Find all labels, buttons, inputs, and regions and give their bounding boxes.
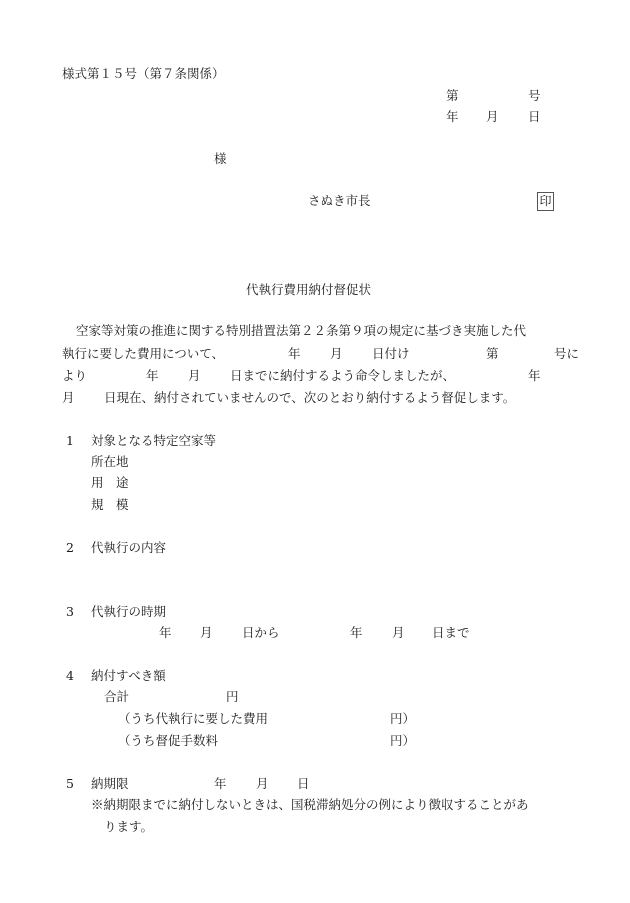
total-unit: 円 bbox=[226, 691, 239, 704]
breakdown-cost-label: （うち代執行に要した費用 bbox=[118, 713, 268, 726]
date-year: 年 bbox=[446, 111, 459, 124]
addressee-honorific: 様 bbox=[214, 153, 227, 166]
breakdown-fee-label: （うち督促手数料 bbox=[118, 735, 218, 748]
section-5-number: 5 bbox=[66, 778, 74, 791]
total-label: 合計 bbox=[104, 691, 129, 704]
note-line-1: ※納期限までに納付しないときは、国税滞納処分の例により徴収することがあ bbox=[91, 799, 529, 812]
section-1-location: 所在地 bbox=[91, 456, 129, 469]
body-line-3-year2: 年 bbox=[528, 370, 541, 383]
period-end-day: 日まで bbox=[432, 627, 470, 640]
issuer-title: さぬき市長 bbox=[308, 195, 371, 208]
period-start-day: 日から bbox=[242, 627, 280, 640]
body-line-2-no: 第 bbox=[486, 348, 499, 361]
breakdown-cost-unit: 円） bbox=[390, 713, 415, 726]
body-line-3-year: 年 bbox=[146, 370, 159, 383]
document-title: 代執行費用納付督促状 bbox=[246, 284, 371, 297]
period-end-year: 年 bbox=[350, 627, 363, 640]
section-5-heading: 納期限 bbox=[91, 778, 129, 791]
period-start-year: 年 bbox=[159, 627, 172, 640]
section-1-usage: 用 途 bbox=[91, 477, 129, 490]
period-end-month: 月 bbox=[392, 627, 405, 640]
doc-number-prefix: 第 bbox=[446, 90, 459, 103]
doc-number-suffix: 号 bbox=[528, 90, 541, 103]
body-line-2-dated: 日付け bbox=[372, 348, 410, 361]
body-line-1: 空家等対策の推進に関する特別措置法第２２条第９項の規定に基づき実施した代 bbox=[76, 325, 526, 338]
due-month: 月 bbox=[256, 778, 269, 791]
body-line-3-text: より bbox=[62, 370, 87, 383]
note-line-2: ります。 bbox=[104, 821, 153, 834]
breakdown-fee-unit: 円） bbox=[390, 735, 415, 748]
section-2-heading: 代執行の内容 bbox=[91, 542, 166, 555]
due-day: 日 bbox=[297, 778, 310, 791]
body-line-2-year: 年 bbox=[288, 348, 301, 361]
section-3-heading: 代執行の時期 bbox=[91, 606, 166, 619]
section-4-heading: 納付すべき額 bbox=[91, 670, 166, 683]
due-year: 年 bbox=[214, 778, 227, 791]
seal-stamp: 印 bbox=[537, 192, 554, 211]
date-month: 月 bbox=[486, 111, 499, 124]
form-number: 様式第１５号（第７条関係） bbox=[62, 68, 225, 81]
date-day: 日 bbox=[528, 111, 541, 124]
body-line-2-month: 月 bbox=[330, 348, 343, 361]
section-4-number: 4 bbox=[66, 670, 74, 683]
section-1-scale: 規 模 bbox=[91, 499, 129, 512]
section-1-heading: 対象となる特定空家等 bbox=[91, 435, 216, 448]
body-line-4-month: 月 bbox=[62, 392, 75, 405]
body-line-3-order: 日までに納付するよう命令しましたが、 bbox=[230, 370, 455, 383]
body-line-3-month: 月 bbox=[188, 370, 201, 383]
section-2-number: 2 bbox=[66, 542, 74, 555]
body-line-4-text: 日現在、納付されていませんので、次のとおり納付するよう督促します。 bbox=[104, 392, 515, 405]
section-1-number: 1 bbox=[66, 435, 74, 448]
body-line-2-suffix: 号に bbox=[554, 348, 579, 361]
body-line-2-text: 執行に要した費用について、 bbox=[62, 348, 224, 361]
period-start-month: 月 bbox=[200, 627, 213, 640]
section-3-number: 3 bbox=[66, 606, 74, 619]
